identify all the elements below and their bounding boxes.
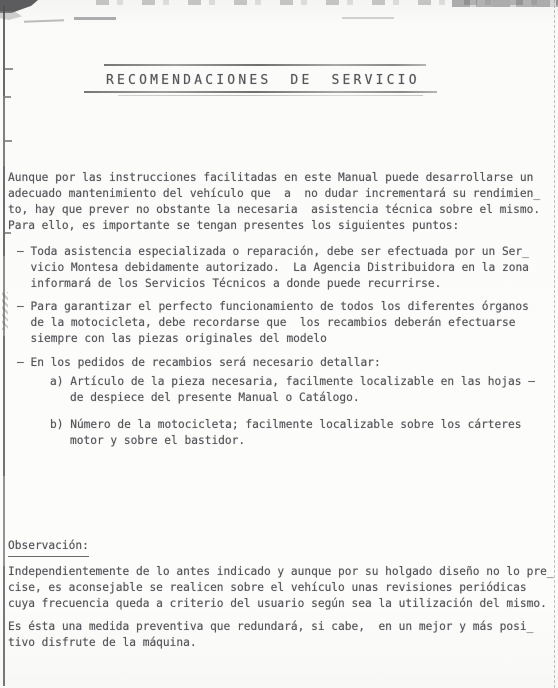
subitem-line: motor y sobre el bastidor. xyxy=(50,433,521,449)
scan-tick-mark xyxy=(5,96,11,98)
bullet-line: – Toda asistencia especializada o repara… xyxy=(17,244,529,260)
scan-edge-noise-top-right xyxy=(452,0,558,7)
observation-line: cise, es aconsejable se realicen sobre e… xyxy=(8,580,554,596)
title-rule-bottom-2 xyxy=(118,95,423,96)
title-rule-top xyxy=(104,64,426,66)
page-edge-left-line xyxy=(3,6,5,686)
observation-line: Independientemente de lo antes indicado … xyxy=(8,564,554,580)
scan-dash-mark xyxy=(74,17,116,20)
observation-heading-wrap: Observación: xyxy=(8,534,89,557)
scan-dash-mark xyxy=(342,17,394,19)
bullet-line: – En los pedidos de recambios será neces… xyxy=(17,355,381,371)
intro-line: Para ello, es importante se tengan prese… xyxy=(8,218,540,234)
subitem-line: a) Artículo de la pieza necesaria, facil… xyxy=(50,374,535,390)
subitem-a: a) Artículo de la pieza necesaria, facil… xyxy=(50,374,535,406)
subitem-line: b) Número de la motocicleta; facilmente … xyxy=(50,417,521,433)
observation-paragraph: Independientemente de lo antes indicado … xyxy=(8,564,554,612)
scan-dash-mark xyxy=(24,19,64,22)
page-edge-right-line xyxy=(554,0,555,688)
intro-paragraph: Aunque por las instrucciones facilitadas… xyxy=(8,170,540,234)
page-title: RECOMENDACIONES DE SERVICIO xyxy=(106,73,420,88)
subitem-line: de despiece del presente Manual o Catálo… xyxy=(50,390,535,406)
observation-heading: Observación: xyxy=(8,538,89,557)
intro-line: adecuado mantenimiento del vehículo que … xyxy=(8,186,540,202)
bullet-line: informará de los Servicios Técnicos a do… xyxy=(17,276,529,292)
bullet-item-service: – Toda asistencia especializada o repara… xyxy=(17,244,529,292)
intro-line: Aunque por las instrucciones facilitadas… xyxy=(8,170,540,186)
observation-line: cuya frecuencia queda a criterio del usu… xyxy=(8,596,554,612)
scan-hatch-mark xyxy=(2,292,8,330)
intro-line: to, hay que prever no obstante la necesa… xyxy=(8,202,540,218)
bullet-item-orders: – En los pedidos de recambios será neces… xyxy=(17,355,381,371)
bullet-line: de la motocicleta, debe recordarse que l… xyxy=(17,315,529,331)
scanned-manual-page: { "title": "RECOMENDACIONES DE SERVICIO"… xyxy=(0,0,558,688)
title-rule-bottom xyxy=(84,91,437,93)
bullet-line: siempre con las piezas originales del mo… xyxy=(17,331,529,347)
closing-paragraph: Es ésta una medida preventiva que redund… xyxy=(8,619,533,651)
bullet-line: vicio Montesa debidamente autorizado. La… xyxy=(17,260,529,276)
closing-line: Es ésta una medida preventiva que redund… xyxy=(8,619,533,635)
scan-tick-mark xyxy=(5,68,13,70)
bullet-line: – Para garantizar el perfecto funcionami… xyxy=(17,299,529,315)
scan-tick-mark xyxy=(5,140,12,142)
closing-line: tivo disfrute de la máquina. xyxy=(8,635,533,651)
bullet-item-parts: – Para garantizar el perfecto funcionami… xyxy=(17,299,529,347)
subitem-b: b) Número de la motocicleta; facilmente … xyxy=(50,417,521,449)
scan-blob-top-left xyxy=(0,0,38,13)
